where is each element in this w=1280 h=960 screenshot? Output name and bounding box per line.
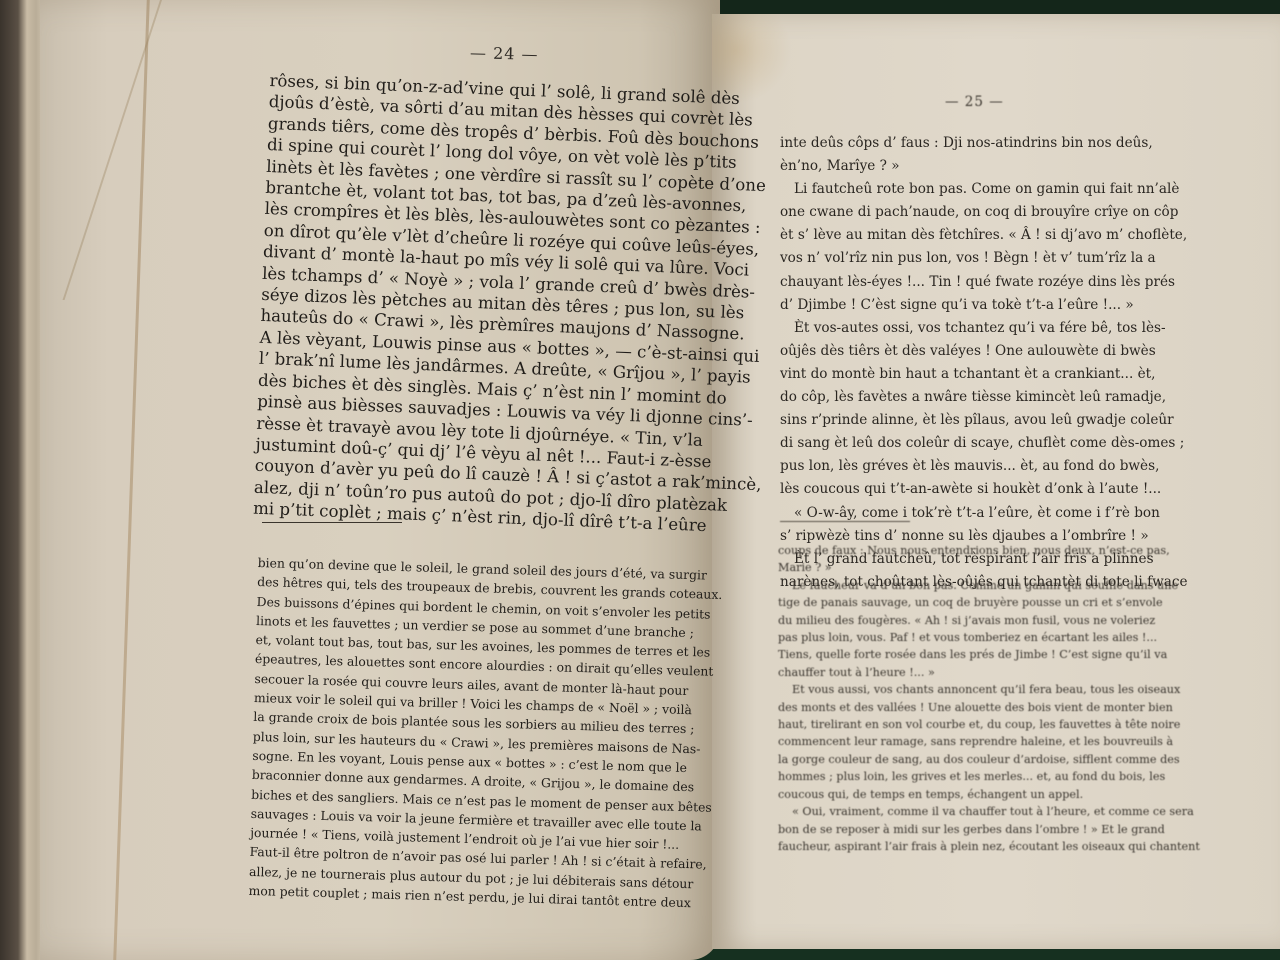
text-line: lès coucous qui t’t-an-awète si houkèt d…: [780, 478, 1170, 501]
text-line: hommes ; plus loin, les grives et les me…: [778, 768, 1158, 785]
page-number-left: — 24 —: [470, 43, 539, 64]
text-line: Li fautcheû rote bon pas. Come on gamin …: [780, 178, 1170, 201]
text-line: Marie ? »: [778, 559, 1158, 576]
text-line: Et vous aussi, vos chants annoncent qu’i…: [778, 681, 1158, 698]
text-line: èt s’ lève au mitan dès fètchîres. « Â !…: [780, 224, 1170, 247]
text-line: èn’no, Marîye ? »: [780, 155, 1170, 178]
text-line: inte deûs côps d’ faus : Dji nos-atindri…: [780, 132, 1170, 155]
text-line: sins r’prinde alinne, èt lès pîlaus, avo…: [780, 409, 1170, 432]
text-line: chauffer tout à l’heure !... »: [778, 664, 1158, 681]
walloon-text-left: rôses, si bin qu’on-z-ad’vine qui l’ sol…: [253, 70, 710, 536]
text-line: coucous qui, de temps en temps, échangen…: [778, 786, 1158, 803]
walloon-text-right: inte deûs côps d’ faus : Dji nos-atindri…: [780, 132, 1170, 594]
text-line: vint do montè bin haut a tchantant èt a …: [780, 363, 1170, 386]
footnote-divider-right: [780, 521, 910, 522]
text-line: one cwane di pach’naude, on coq di brouy…: [780, 201, 1170, 224]
text-line: oûjês dès tiêrs èt dès valéyes ! One aul…: [780, 340, 1170, 363]
text-line: bon de se reposer à midi sur les gerbes …: [778, 821, 1158, 838]
text-line: des monts et des vallées ! Une alouette …: [778, 699, 1158, 716]
text-line: Èt vos-autes ossi, vos tchantez qu’i va …: [780, 317, 1170, 340]
french-translation-right: coups de faux : Nous nous entendrions bi…: [778, 542, 1158, 855]
page-crease-diagonal: [63, 0, 162, 300]
text-line: d’ Djimbe ! C’èst signe qu’i va tokè t’t…: [780, 294, 1170, 317]
french-translation-left: bien qu’on devine que le soleil, le gran…: [248, 553, 678, 912]
page-crease: [113, 0, 150, 960]
text-line: vos n’ vol’rîz nin pus lon, vos ! Bègn !…: [780, 247, 1170, 270]
text-line: Tiens, quelle forte rosée dans les prés …: [778, 646, 1158, 663]
text-line: Le faucheur va d’un bon pas. Comme un ga…: [778, 577, 1158, 594]
text-line: chauyant lès-éyes !... Tin ! qué fwate r…: [780, 271, 1170, 294]
text-line: du milieu des fougères. « Ah ! si j’avai…: [778, 612, 1158, 629]
text-line: la gorge couleur de sang, au dos couleur…: [778, 751, 1158, 768]
text-line: pus lon, lès gréves èt lès mauvis... èt,…: [780, 455, 1170, 478]
text-line: haut, tirelirant en son vol courbe et, d…: [778, 716, 1158, 733]
text-line: di sang èt leû dos coleûr di scaye, chuf…: [780, 432, 1170, 455]
text-line: pas plus loin, vous. Paf ! et vous tombe…: [778, 629, 1158, 646]
page-number-right: — 25 —: [945, 94, 1004, 110]
text-line: tige de panais sauvage, un coq de bruyèr…: [778, 594, 1158, 611]
text-line: do côp, lès favètes a nwâre tièsse kimin…: [780, 386, 1170, 409]
text-line: faucheur, aspirant l’air frais à plein n…: [778, 838, 1158, 855]
text-line: « Oui, vraiment, comme il va chauffer to…: [778, 803, 1158, 820]
footnote-divider-left: [262, 522, 402, 523]
photo-scene: — 24 — rôses, si bin qu’on-z-ad’vine qui…: [0, 0, 1280, 960]
text-line: coups de faux : Nous nous entendrions bi…: [778, 542, 1158, 559]
text-line: commencent leur ramage, sans reprendre h…: [778, 733, 1158, 750]
